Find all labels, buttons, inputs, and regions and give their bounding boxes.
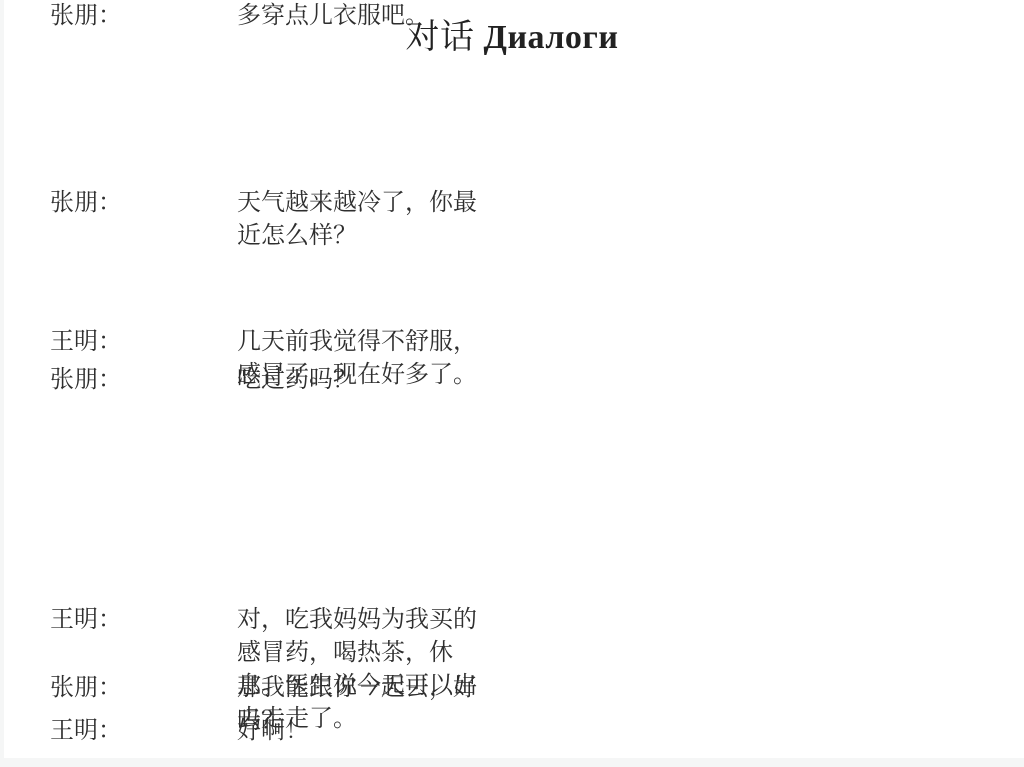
speaker-name: 张朋： xyxy=(50,187,237,220)
speaker-name: 张朋： xyxy=(50,0,237,33)
speaker-name: 张朋： xyxy=(50,672,237,705)
speaker-name: 王明： xyxy=(50,604,237,637)
dialogue-text: 好啊！ xyxy=(237,715,483,748)
dialogue-text: 天气越来越冷了，你最近怎么样？ xyxy=(237,187,483,253)
textbook-page: 对话 Диалоги 张朋： 天气越来越冷了，你最近怎么样？ 王明： 几天前我觉… xyxy=(0,0,1024,767)
dialogue-row: 王明： 好啊！ xyxy=(50,715,483,748)
page-title-russian: Диалоги xyxy=(484,19,619,56)
dialogue-text: 吃过药吗？ xyxy=(237,364,483,397)
speaker-name: 王明： xyxy=(50,326,237,359)
page-edge-left xyxy=(0,0,4,767)
page-edge-bottom xyxy=(0,758,1024,767)
dialogue-text: 多穿点儿衣服吧。 xyxy=(237,0,483,33)
speaker-name: 张朋： xyxy=(50,364,237,397)
dialogue-row: 张朋： 吃过药吗？ xyxy=(50,364,483,397)
speaker-name: 王明： xyxy=(50,715,237,748)
dialogue-row: 张朋： 多穿点儿衣服吧。 xyxy=(50,0,483,33)
dialogue-row: 张朋： 天气越来越冷了，你最近怎么样？ xyxy=(50,187,483,253)
